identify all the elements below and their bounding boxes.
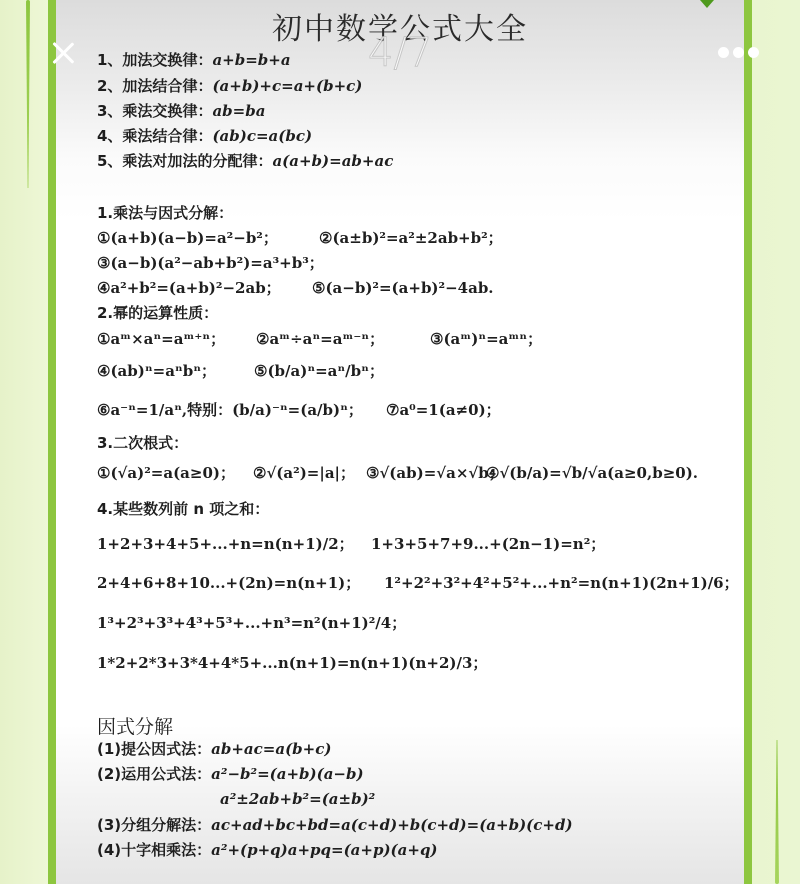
background-right [752, 0, 800, 884]
green-border-right [744, 0, 752, 884]
section-4-heading: 4.某些数列前 n 项之和： [97, 502, 269, 517]
document-page: 初中数学公式大全 1、加法交换律：a+b=b+a 2、加法结合律：(a+b)+c… [56, 0, 744, 884]
factoring-1: (1)提公因式法：ab+ac=a(b+c) [97, 742, 331, 757]
more-dots-icon [733, 47, 744, 58]
formula-2-3: ③(aᵐ)ⁿ=aᵐⁿ； [430, 332, 542, 347]
formula-4-4: 1²+2²+3²+4²+5²+...+n²=n(n+1)(2n+1)/6； [384, 576, 739, 591]
close-button[interactable] [50, 40, 76, 66]
formula-2-1: ①aᵐ×aⁿ=aᵐ⁺ⁿ； [97, 332, 225, 347]
law-4: 4、乘法结合律：(ab)c=a(bc) [97, 129, 312, 144]
more-options-button[interactable] [718, 44, 764, 60]
more-dots-icon [748, 47, 759, 58]
formula-4-5: 1³+2³+3³+4³+5³+...+n³=n²(n+1)²/4； [97, 616, 406, 631]
section-1-heading: 1.乘法与因式分解： [97, 206, 233, 221]
grass-decoration-left [26, 0, 30, 188]
factoring-heading: 因式分解 [97, 712, 173, 739]
formula-4-2: 1+3+5+7+9...+(2n−1)=n²； [371, 537, 605, 552]
formula-2-2: ②aᵐ÷aⁿ=aᵐ⁻ⁿ； [256, 332, 384, 347]
formula-1-4: ④a²+b²=(a+b)²−2ab； [97, 281, 281, 296]
more-dots-icon [718, 47, 729, 58]
factoring-3: (3)分组分解法：ac+ad+bc+bd=a(c+d)+b(c+d)=(a+b)… [97, 818, 573, 833]
factoring-2b: a²±2ab+b²=(a±b)² [220, 792, 375, 807]
formula-2-4: ④(ab)ⁿ=aⁿbⁿ； [97, 364, 216, 379]
law-3: 3、乘法交换律：ab=ba [97, 104, 265, 119]
formula-2-5: ⑤(b/a)ⁿ=aⁿ/bⁿ； [254, 364, 384, 379]
formula-2-7: ⑦a⁰=1(a≠0)； [386, 403, 501, 418]
formula-1-2: ②(a±b)²=a²±2ab+b²； [319, 231, 503, 246]
factoring-4: (4)十字相乘法：a²+(p+q)a+pq=(a+p)(a+q) [97, 843, 438, 858]
formula-1-3: ③(a−b)(a²−ab+b²)=a³+b³； [97, 256, 324, 271]
formula-3-3: ③√(ab)=√a×√b； [366, 466, 504, 481]
section-2-heading: 2.幂的运算性质： [97, 306, 218, 321]
factoring-2: (2)运用公式法：a²−b²=(a+b)(a−b) [97, 767, 364, 782]
section-3-heading: 3.二次根式： [97, 436, 188, 451]
formula-1-5: ⑤(a−b)²=(a+b)²−4ab. [312, 281, 494, 296]
formula-4-1: 1+2+3+4+5+...+n=n(n+1)/2； [97, 537, 354, 552]
law-2: 2、加法结合律：(a+b)+c=a+(b+c) [97, 79, 362, 94]
formula-2-6: ⑥a⁻ⁿ=1/aⁿ,特别：(b/a)⁻ⁿ=(a/b)ⁿ； [97, 403, 363, 418]
page-counter: 4/7 [368, 30, 432, 76]
formula-4-6: 1*2+2*3+3*4+4*5+...n(n+1)=n(n+1)(n+2)/3； [97, 656, 487, 671]
formula-3-4: ④√(b/a)=√b/√a(a≥0,b≥0). [486, 466, 698, 481]
green-border-left [48, 0, 56, 884]
law-5: 5、乘法对加法的分配律：a(a+b)=ab+ac [97, 154, 393, 169]
formula-4-3: 2+4+6+8+10...+(2n)=n(n+1)； [97, 576, 360, 591]
formula-1-1: ①(a+b)(a−b)=a²−b²； [97, 231, 278, 246]
formula-3-2: ②√(a²)=|a|； [253, 466, 355, 481]
formula-3-1: ①(√a)²=a(a≥0)； [97, 466, 235, 481]
law-1: 1、加法交换律：a+b=b+a [97, 53, 291, 68]
